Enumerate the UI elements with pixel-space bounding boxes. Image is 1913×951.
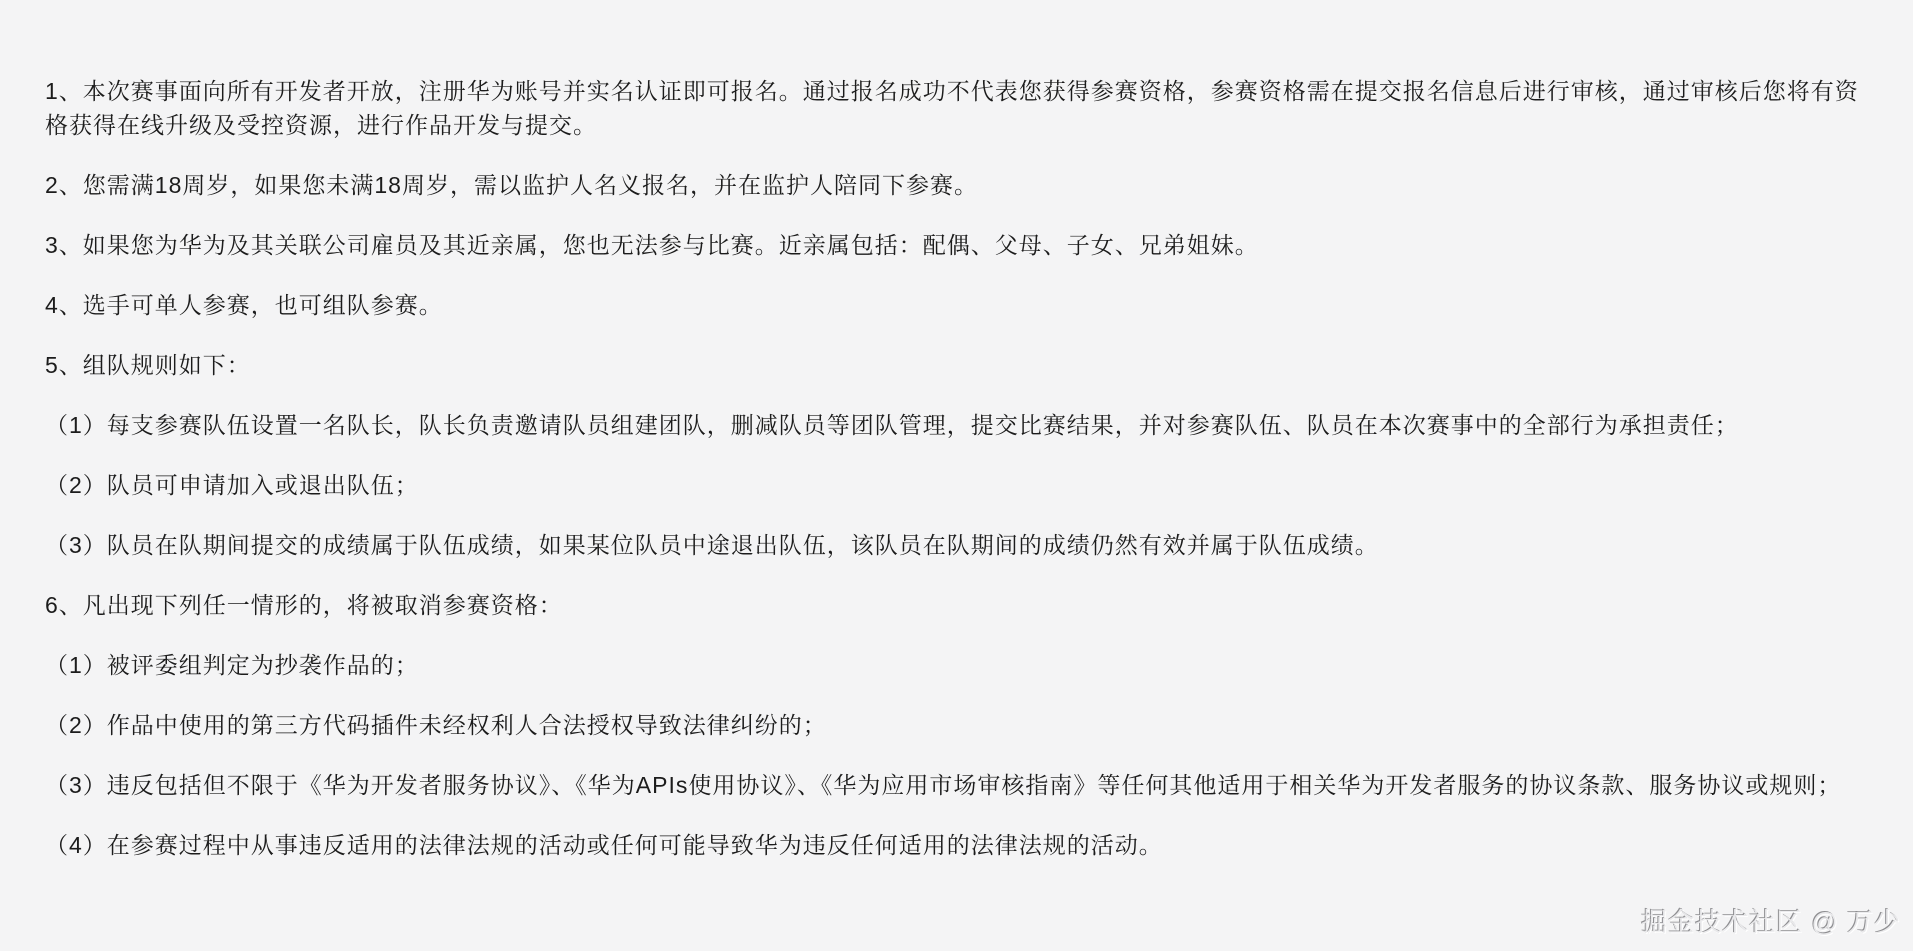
rules-content: 1、本次赛事面向所有开发者开放，注册华为账号并实名认证即可报名。通过报名成功不代… <box>0 0 1913 862</box>
rule-item-5: 5、组队规则如下： <box>45 348 1868 382</box>
rule-item-5-sub-1: （1）每支参赛队伍设置一名队长，队长负责邀请队员组建团队，删减队员等团队管理，提… <box>45 408 1868 442</box>
watermark: 掘金技术社区 @ 万少 <box>1641 902 1901 939</box>
rule-item-1: 1、本次赛事面向所有开发者开放，注册华为账号并实名认证即可报名。通过报名成功不代… <box>45 74 1868 142</box>
rule-item-6: 6、凡出现下列任一情形的，将被取消参赛资格： <box>45 588 1868 622</box>
rule-item-6-sub-2: （2）作品中使用的第三方代码插件未经权利人合法授权导致法律纠纷的； <box>45 708 1868 742</box>
rule-item-4: 4、选手可单人参赛，也可组队参赛。 <box>45 288 1868 322</box>
rule-item-5-sub-3: （3）队员在队期间提交的成绩属于队伍成绩，如果某位队员中途退出队伍，该队员在队期… <box>45 528 1868 562</box>
rule-item-2: 2、您需满18周岁，如果您未满18周岁，需以监护人名义报名，并在监护人陪同下参赛… <box>45 168 1868 202</box>
rule-item-6-sub-1: （1）被评委组判定为抄袭作品的； <box>45 648 1868 682</box>
rule-item-5-sub-2: （2）队员可申请加入或退出队伍； <box>45 468 1868 502</box>
rule-item-6-sub-3: （3）违反包括但不限于《华为开发者服务协议》、《华为APIs使用协议》、《华为应… <box>45 768 1868 802</box>
rule-item-3: 3、如果您为华为及其关联公司雇员及其近亲属，您也无法参与比赛。近亲属包括：配偶、… <box>45 228 1868 262</box>
rule-item-6-sub-4: （4）在参赛过程中从事违反适用的法律法规的活动或任何可能导致华为违反任何适用的法… <box>45 828 1868 862</box>
